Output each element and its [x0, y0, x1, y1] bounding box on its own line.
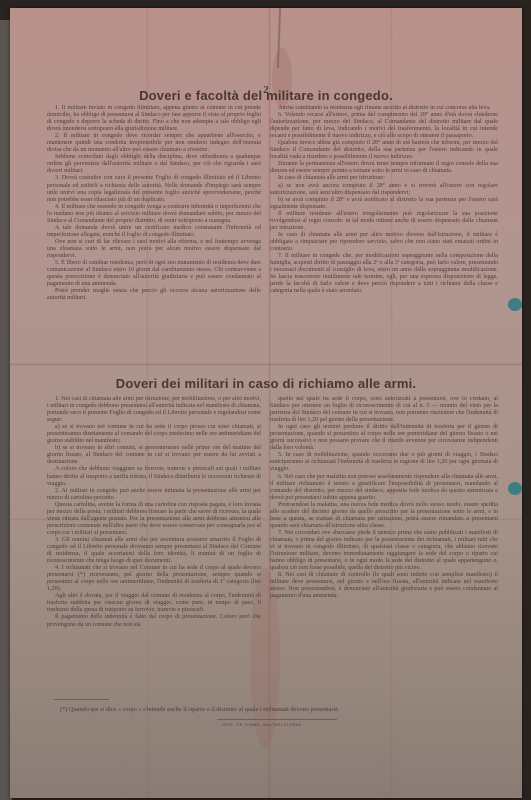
- section1-right-column: Anche cambiando la residenza egli rimane…: [270, 105, 498, 367]
- section-title-richiamo: Doveri dei militari in caso di richiamo …: [10, 376, 522, 391]
- paragraph: 7. Nei circondari ove sbarcasse piede il…: [270, 530, 498, 572]
- paragraph: 8. Nei casi di chiamate di controllo (le…: [270, 572, 498, 600]
- section2-right-column: quello nel quale ha sede il corpo, sono …: [270, 396, 498, 686]
- paragraph: 6. Nel caso che per malattia non potesse…: [270, 474, 498, 502]
- section2-left-column: 1. Nei casi di chiamata alle armi per is…: [47, 396, 261, 686]
- paragraph: In caso di chiamata alle armi per altro …: [270, 232, 498, 253]
- paragraph: 5. È libero di cambiar residenza, però d…: [47, 260, 261, 288]
- paragraph: 7. Il militare in congedo che, per modif…: [270, 253, 498, 295]
- paragraph: Ove non si curi di far rilevare i suoi m…: [47, 239, 261, 260]
- paragraph: 4. Il militare che essendo in congedo ve…: [47, 204, 261, 225]
- paragraph: 3. Dovrà custodire con cura il presente …: [47, 175, 261, 203]
- punch-hole: [508, 298, 522, 311]
- paragraph: Questa cartolina, avente la forma di una…: [47, 502, 261, 537]
- paragraph: A tale domanda dovrà unire un certificat…: [47, 225, 261, 239]
- punch-hole: [508, 482, 522, 495]
- paragraph: A coloro che debbono viaggiare su ferrov…: [47, 466, 261, 487]
- paragraph: In ogni caso gli uomini perdono il dirit…: [270, 424, 498, 452]
- paragraph: b) se avrà compiuto il 28° e avrà notifi…: [270, 197, 498, 211]
- paragraph: Agli altri è dovuta, per il viaggio dal …: [47, 593, 261, 614]
- footnote-divider: [54, 699, 109, 700]
- paragraph: Durante la permanenza all'estero dovrà t…: [270, 161, 498, 175]
- paragraph: Potrà prender moglie senza che perciò gl…: [47, 288, 261, 302]
- document-sheet: 2 Doveri e facoltà del militare in conge…: [10, 8, 522, 798]
- section-title-congedo: Doveri e facoltà del militare in congedo…: [10, 88, 522, 103]
- paragraph: 4. I richiamati che si trovano nel Comun…: [47, 565, 261, 593]
- paragraph: 1. Il militare inviato in congedo illimi…: [47, 105, 261, 133]
- paragraph: Sebbene svincolato dagli obblighi della …: [47, 154, 261, 175]
- paragraph: 3. Gli uomini chiamati alle armi che per…: [47, 537, 261, 565]
- paragraph: 6. Volendo recarsi all'estero, prima del…: [270, 112, 498, 140]
- paragraph: 1. Nei casi di chiamata alle armi per is…: [47, 396, 261, 424]
- paragraph: Protraendosi la malattia, una nuova fede…: [270, 502, 498, 530]
- paragraph: 5. In caso di mobilitazione, quando occo…: [270, 452, 498, 473]
- paragraph: Anche cambiando la residenza egli rimane…: [270, 105, 498, 112]
- printer-imprint: ISTIT. TIP. STABIL. MILITARI DI PENA: [222, 722, 302, 727]
- paragraph: a) se non avrà ancora compiuto il 28° an…: [270, 183, 498, 197]
- paragraph: 2. Ai militari in congedo può anche esse…: [47, 488, 261, 502]
- section1-left-column: 1. Il militare inviato in congedo illimi…: [47, 105, 261, 367]
- paragraph: Qualora invece abbia già compiuto il 28°…: [270, 140, 498, 161]
- paragraph: 2. Il militare in congedo deve ricordar …: [47, 133, 261, 154]
- paragraph: quello nel quale ha sede il corpo, sono …: [270, 396, 498, 424]
- paragraph: b) se si trovano in altri comuni, si pre…: [47, 445, 261, 466]
- paragraph: a) se si trovano nel comune in cui ha se…: [47, 424, 261, 445]
- paragraph: In caso di chiamata alle armi per istruz…: [270, 175, 498, 182]
- printer-divider: [217, 719, 337, 720]
- paragraph: Il pagamento delle indennità è fatto dal…: [47, 614, 261, 628]
- footnote: (*) Quando qui si dice « corpo » s'inten…: [60, 706, 510, 713]
- paragraph: Il militare residente all'estero irregol…: [270, 211, 498, 232]
